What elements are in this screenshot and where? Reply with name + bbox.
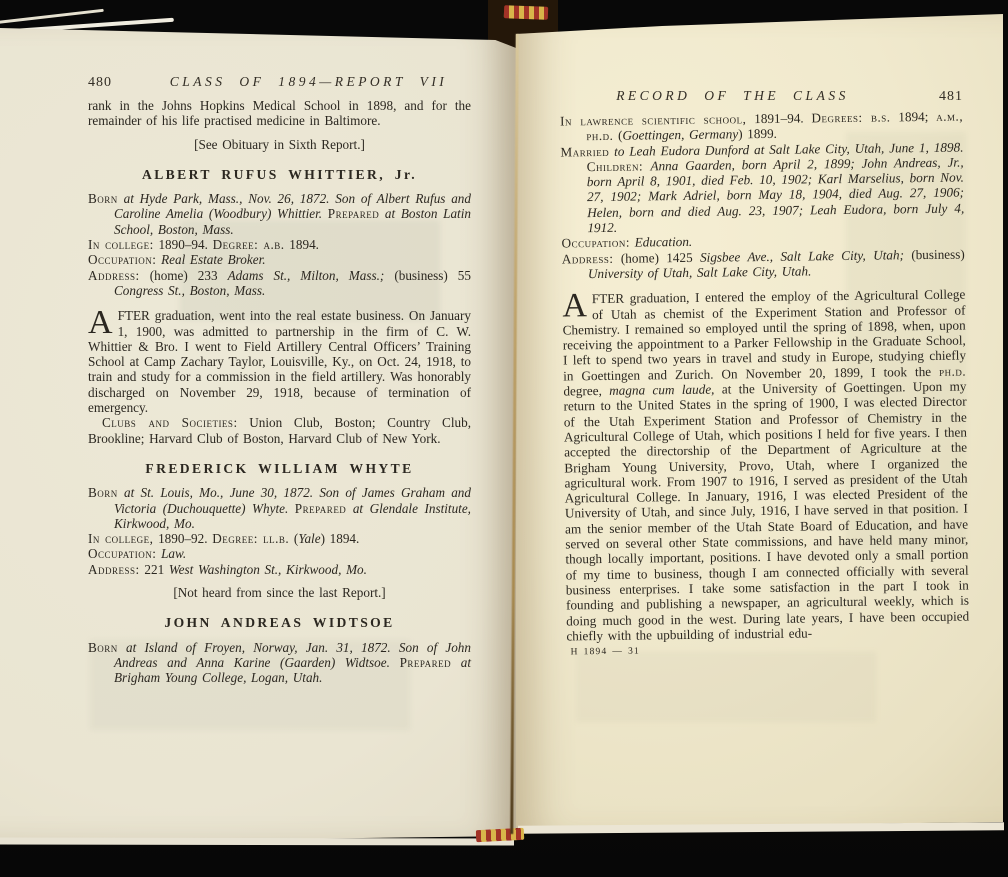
text-run: Degree: ll.b. — [212, 531, 289, 546]
page-content: rank in the Johns Hopkins Medical School… — [88, 98, 471, 686]
text-run: Degree: a.b. — [213, 237, 285, 252]
text-run: Children: — [587, 158, 651, 174]
text-run: (home) 1425 — [613, 249, 700, 265]
text-run: 1894; — [890, 109, 936, 125]
running-title: RECORD OF THE CLASS — [560, 88, 905, 104]
text-run: Address: — [88, 268, 140, 283]
text-run: FTER graduation, went into the real esta… — [88, 308, 471, 415]
page-edge-strip — [0, 838, 514, 846]
running-title: CLASS OF 1894—REPORT VII — [146, 74, 471, 90]
text-run: 1890–94. — [154, 237, 213, 252]
footer-signature: H 1894 — 31 — [567, 641, 970, 661]
text-block-hang: Occupation: Law. — [88, 546, 471, 561]
text-run: Real Estate Broker. — [156, 252, 265, 267]
text-run: Sigsbee Ave., Salt Lake City, Utah; — [700, 247, 904, 264]
text-run: 1890–92. — [153, 531, 212, 546]
text-run: Born — [88, 485, 118, 500]
text-run: Born — [88, 191, 118, 206]
text-run: Born — [88, 640, 118, 655]
text-run: University of Utah, Salt Lake City, Utah… — [588, 263, 812, 281]
text-run: 221 — [140, 562, 169, 577]
text-run: Law. — [156, 546, 186, 561]
page-header: RECORD OF THE CLASS 481 — [560, 88, 963, 105]
book-scan: 480 CLASS OF 1894—REPORT VII rank in the… — [0, 0, 1008, 877]
text-block-para: rank in the Johns Hopkins Medical School… — [88, 98, 471, 129]
text-run: [See Obituary in Sixth Report.] — [194, 137, 365, 152]
text-run: West Washington St., Kirkwood, Mo. — [169, 562, 367, 577]
text-run: [Not heard from since the last Report.] — [173, 585, 385, 600]
left-page: 480 CLASS OF 1894—REPORT VII rank in the… — [0, 20, 516, 842]
page-number: 480 — [88, 75, 146, 91]
headband-bottom — [476, 828, 525, 842]
text-run: (business) 55 — [384, 268, 471, 283]
text-block-hang: Born at St. Louis, Mo., June 30, 1872. S… — [88, 485, 471, 531]
text-run: Address: — [562, 251, 614, 267]
text-block-hang: Born at Island of Froyen, Norway, Jan. 3… — [88, 640, 471, 686]
text-run: Congress St., Boston, Mass. — [114, 283, 265, 298]
text-run: , at the University of Goettingen. Upon … — [563, 379, 969, 644]
text-block-centered: [Not heard from since the last Report.] — [88, 585, 471, 600]
page-content: In lawrence scientific school, 1891–94. … — [560, 109, 970, 661]
drop-cap: A — [88, 308, 118, 336]
text-run: Occupation: — [88, 252, 156, 267]
text-block-heading: JOHN ANDREAS WIDTSOE — [88, 615, 471, 630]
text-run: ALBERT RUFUS WHITTIER, Jr. — [142, 167, 417, 182]
page-number: 481 — [905, 89, 963, 105]
text-run: (business) — [904, 246, 965, 262]
headband-top — [504, 5, 548, 20]
text-run: FTER graduation, I entered the employ of… — [563, 287, 967, 383]
text-run: Married — [560, 143, 609, 159]
stacked-page-edge — [0, 9, 104, 24]
text-run: In college, — [88, 531, 153, 546]
text-run: JOHN ANDREAS WIDTSOE — [164, 615, 394, 630]
text-run: Prepared — [328, 206, 380, 221]
text-block-indent: Clubs and Societies: Union Club, Boston;… — [88, 415, 471, 446]
page-header: 480 CLASS OF 1894—REPORT VII — [88, 74, 471, 91]
text-block-hang: Occupation: Real Estate Broker. — [88, 252, 471, 267]
text-block-hang: Born at Hyde Park, Mass., Nov. 26, 1872.… — [88, 191, 471, 237]
text-block-hang: In lawrence scientific school, 1891–94. … — [560, 109, 963, 145]
text-run: degree, — [563, 383, 609, 399]
text-run: ) 1899. — [738, 126, 777, 141]
text-block-hang: Address: (home) 1425 Sigsbee Ave., Salt … — [562, 246, 965, 282]
text-run: (home) 233 — [140, 268, 228, 283]
text-block-dropcap: AFTER graduation, went into the real est… — [88, 308, 471, 415]
right-page: RECORD OF THE CLASS 481 In lawrence scie… — [516, 12, 1003, 832]
text-run: Clubs and Societies: — [102, 415, 238, 430]
text-run: Occupation: — [562, 235, 631, 251]
text-block-hang: Address: (home) 233 Adams St., Milton, M… — [88, 268, 471, 299]
text-run: ) 1894. — [321, 531, 360, 546]
text-run: Goettingen, Germany — [622, 127, 738, 143]
text-run: Occupation: — [88, 546, 156, 561]
page-body: In lawrence scientific school, 1891–94. … — [560, 109, 969, 644]
text-run: ( — [613, 128, 622, 143]
text-run: ph.d. — [939, 363, 966, 378]
text-block-dropcap: AFTER graduation, I entered the employ o… — [562, 287, 969, 644]
text-run: FREDERICK WILLIAM WHYTE — [145, 461, 413, 476]
text-run: In college: — [88, 237, 154, 252]
text-run: magna cum laude — [609, 382, 711, 398]
text-run: 1891–94. — [746, 110, 811, 126]
drop-cap: A — [562, 291, 592, 319]
text-run: Degrees: b.s. — [811, 109, 890, 125]
text-block-hang: In college, 1890–92. Degree: ll.b. (Yale… — [88, 531, 471, 546]
text-block-heading: FREDERICK WILLIAM WHYTE — [88, 461, 471, 476]
text-block-hang: Address: 221 West Washington St., Kirkwo… — [88, 562, 471, 577]
text-run: rank in the Johns Hopkins Medical School… — [88, 98, 471, 128]
text-run: 1894. — [285, 237, 319, 252]
text-run: ( — [289, 531, 298, 546]
text-run: Address: — [88, 562, 140, 577]
text-run: Adams St., Milton, Mass.; — [228, 268, 385, 283]
text-block-hang: Married to Leah Eudora Dunford at Salt L… — [560, 139, 964, 236]
text-block-hang: In college: 1890–94. Degree: a.b. 1894. — [88, 237, 471, 252]
text-run: Prepared — [295, 501, 347, 516]
text-run: Education. — [630, 234, 692, 250]
text-block-centered: [See Obituary in Sixth Report.] — [88, 137, 471, 152]
text-run: Prepared — [400, 655, 452, 670]
text-run: Yale — [298, 531, 320, 546]
text-block-heading: ALBERT RUFUS WHITTIER, Jr. — [88, 167, 471, 182]
show-through-ghost — [576, 652, 876, 722]
